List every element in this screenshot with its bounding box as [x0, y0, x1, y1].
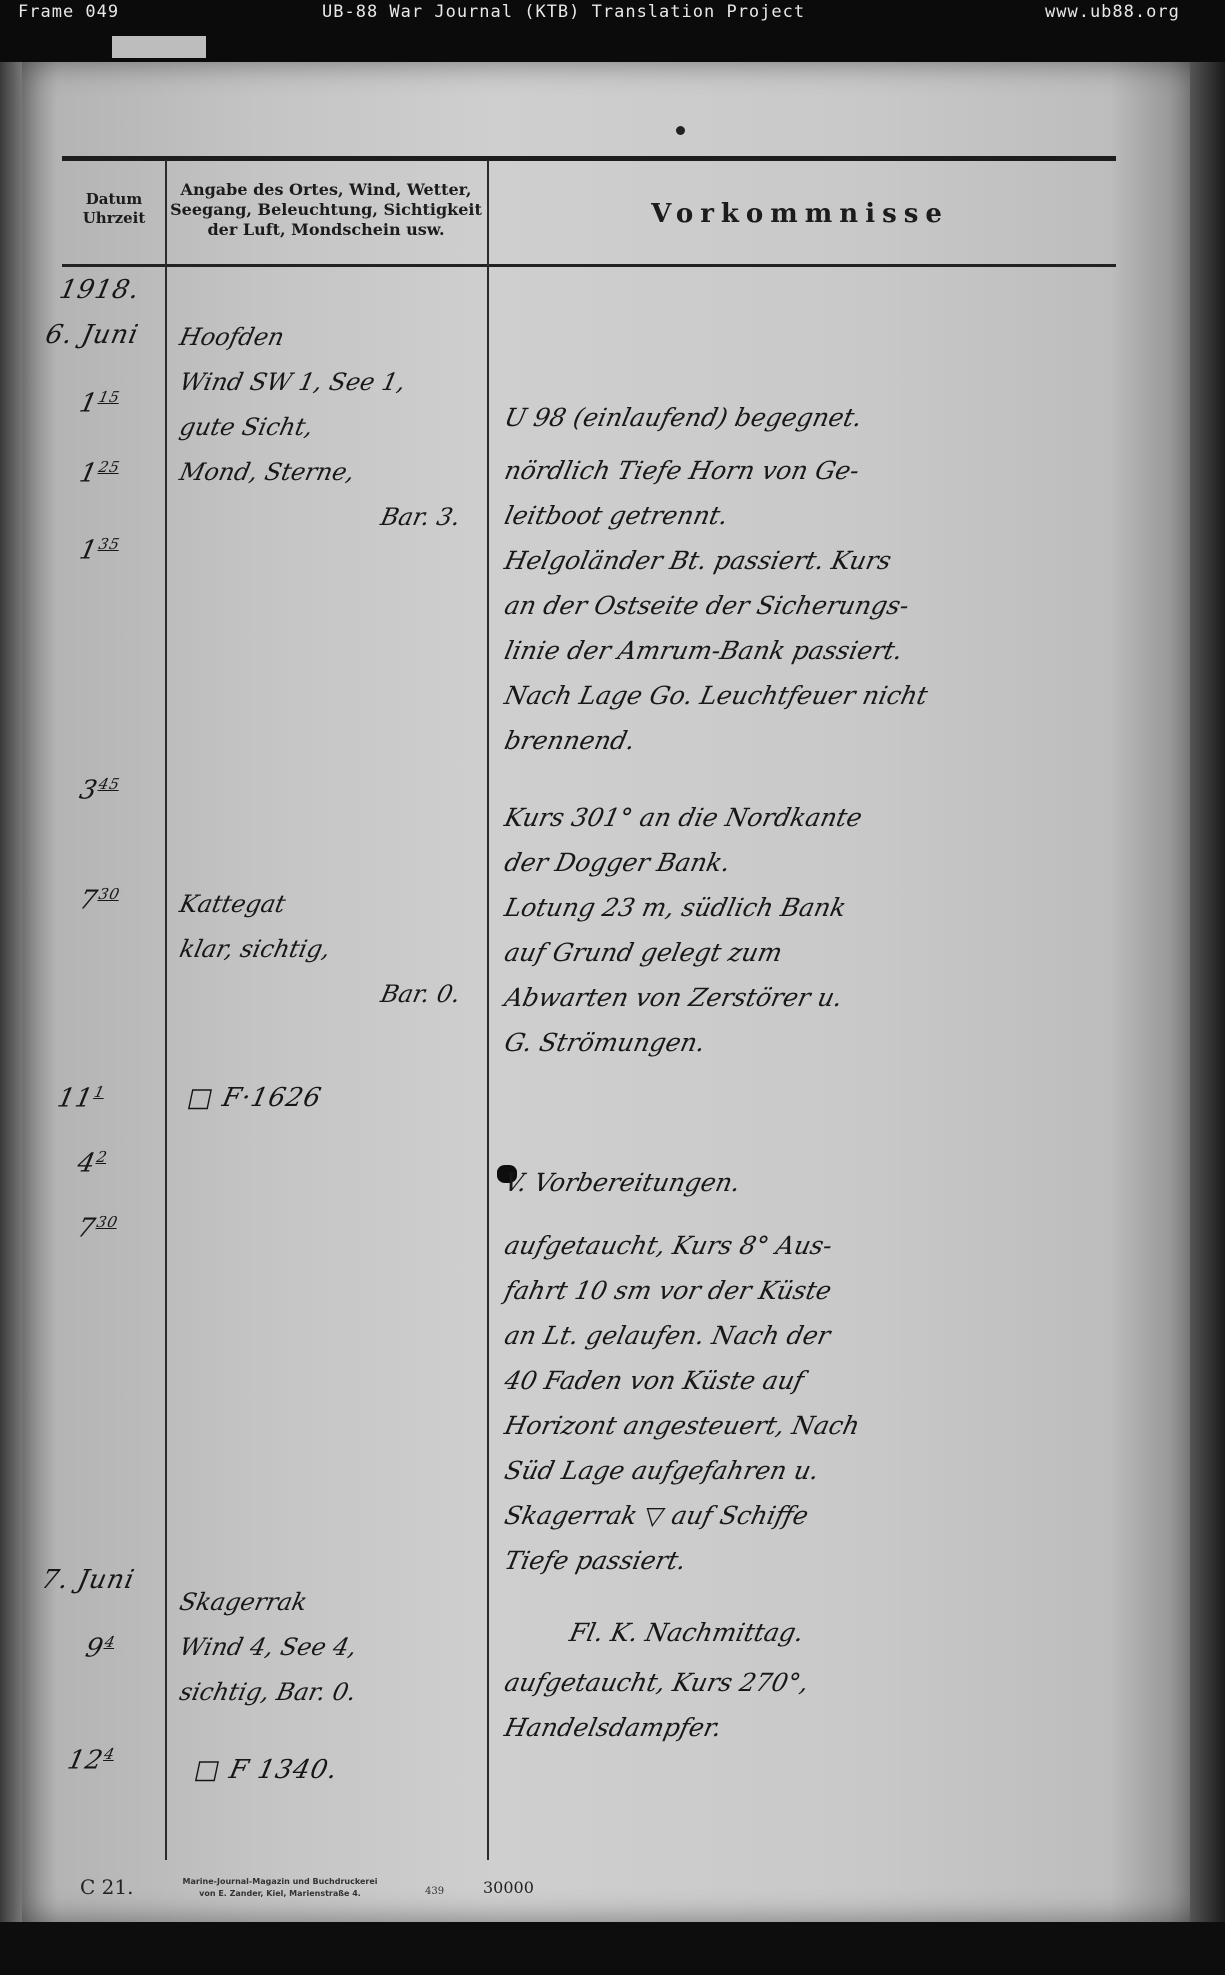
entry-line: 40 Faden von Küste auf: [500, 1358, 1190, 1403]
entry-line: Skagerrak ▽ auf Schiffe: [500, 1493, 1190, 1538]
time-entry: 111: [55, 1083, 107, 1114]
ort-entry: Hoofden Wind SW 1, See 1, gute Sicht, Mo…: [180, 315, 490, 540]
header-ort-line: Seegang, Beleuchtung, Sichtigkeit: [166, 200, 486, 220]
entry-line: Helgoländer Bt. passiert. Kurs: [500, 538, 1190, 583]
ort-line: Wind SW 1, See 1,: [175, 360, 495, 405]
entry-line: Nach Lage Go. Leuchtfeuer nicht: [500, 673, 1190, 718]
entry-line: an der Ostseite der Sicherungs-: [500, 583, 1190, 628]
ort-line: Bar. 3.: [175, 495, 495, 540]
entry-line: Horizont angesteuert, Nach: [500, 1403, 1190, 1448]
printer-line: von E. Zander, Kiel, Marienstraße 4.: [155, 1888, 405, 1900]
header-datum-label: Datum: [64, 190, 164, 209]
vorkommnisse-entry: V. Vorbereitungen. aufgetaucht, Kurs 8° …: [505, 1160, 1185, 1583]
ort-line: Hoofden: [175, 315, 495, 360]
date-entry: 6. Juni: [43, 320, 142, 350]
header-ort-line: der Luft, Mondschein usw.: [166, 220, 486, 240]
header-vorkommnisse: Vorkommnisse: [490, 198, 1110, 231]
entry-line: Süd Lage aufgefahren u.: [500, 1448, 1190, 1493]
entry-line: leitboot getrennt.: [500, 493, 1190, 538]
header-datum: Datum Uhrzeit: [64, 190, 164, 228]
date-entry: 7. Juni: [39, 1565, 138, 1595]
time-entry: 135: [77, 535, 122, 566]
header-bottom-rule: [62, 264, 1116, 267]
print-code: 439: [425, 1886, 444, 1897]
column-divider-datum: [165, 160, 167, 1860]
entry-line: U 98 (einlaufend) begegnet.: [500, 395, 1190, 440]
header-uhrzeit-label: Uhrzeit: [64, 209, 164, 228]
entry-line: linie der Amrum-Bank passiert.: [500, 628, 1190, 673]
entry-line: an Lt. gelaufen. Nach der: [500, 1313, 1190, 1358]
time-entry: 125: [77, 458, 122, 489]
entry-line: G. Strömungen.: [500, 1020, 1190, 1065]
film-bottom-margin: [0, 1922, 1225, 1975]
vorkommnisse-entry: aufgetaucht, Kurs 270°, Handelsdampfer.: [505, 1660, 1185, 1750]
form-number: C 21.: [80, 1875, 133, 1899]
header-ort-line: Angabe des Ortes, Wind, Wetter,: [166, 180, 486, 200]
entry-line: Kurs 301° an die Nordkante: [500, 795, 1190, 840]
entry-line: nördlich Tiefe Horn von Ge-: [500, 448, 1190, 493]
entry-line: auf Grund gelegt zum: [500, 930, 1190, 975]
project-title: UB-88 War Journal (KTB) Translation Proj…: [322, 2, 805, 22]
paper-tab-strip: [112, 36, 206, 58]
grid-square-position: □ F·1626: [185, 1083, 325, 1113]
entry-line: aufgetaucht, Kurs 270°,: [500, 1660, 1190, 1705]
time-entry: 730: [75, 1213, 120, 1244]
entry-line: der Dogger Bank.: [500, 840, 1190, 885]
punch-dot: [676, 126, 685, 135]
entry-line: Lotung 23 m, südlich Bank: [500, 885, 1190, 930]
ort-line: Kattegat: [175, 882, 495, 927]
entry-line: brennend.: [500, 718, 1190, 763]
ort-entry: Skagerrak Wind 4, See 4, sichtig, Bar. 0…: [180, 1580, 490, 1715]
ort-line: Bar. 0.: [175, 972, 495, 1017]
ort-entry: Kattegat klar, sichtig, Bar. 0.: [180, 882, 490, 1017]
ort-line: Mond, Sterne,: [175, 450, 495, 495]
ort-line: klar, sichtig,: [175, 927, 495, 972]
frame-number: Frame 049: [18, 2, 119, 22]
entry-line: Handelsdampfer.: [500, 1705, 1190, 1750]
website-link[interactable]: www.ub88.org: [1045, 2, 1180, 22]
ort-line: sichtig, Bar. 0.: [175, 1670, 495, 1715]
time-entry: 115: [77, 388, 122, 419]
header-top-rule: [62, 156, 1116, 161]
vorkommnisse-entry: Kurs 301° an die Nordkante der Dogger Ba…: [505, 795, 1185, 1065]
entry-line: Tiefe passiert.: [500, 1538, 1190, 1583]
year-entry: 1918.: [57, 275, 143, 305]
time-entry: 730: [77, 885, 122, 916]
header-ort: Angabe des Ortes, Wind, Wetter, Seegang,…: [166, 180, 486, 240]
time-entry: 124: [65, 1745, 117, 1776]
ort-line: gute Sicht,: [175, 405, 495, 450]
ort-line: Skagerrak: [175, 1580, 495, 1625]
entry-line: Fl. K. Nachmittag.: [565, 1610, 1225, 1655]
vorkommnisse-entry: Fl. K. Nachmittag.: [570, 1610, 1225, 1655]
entry-line: fahrt 10 sm vor der Küste: [500, 1268, 1190, 1313]
frame-banner: Frame 049 UB-88 War Journal (KTB) Transl…: [0, 0, 1225, 26]
entry-line: Abwarten von Zerstörer u.: [500, 975, 1190, 1020]
ort-line: Wind 4, See 4,: [175, 1625, 495, 1670]
entry-line: V. Vorbereitungen.: [500, 1160, 1190, 1205]
printer-imprint: Marine-Journal-Magazin und Buchdruckerei…: [155, 1876, 405, 1900]
printer-line: Marine-Journal-Magazin und Buchdruckerei: [155, 1876, 405, 1888]
left-page-edge: [0, 62, 22, 1922]
print-run: 30000: [483, 1878, 534, 1897]
time-entry: 345: [77, 775, 122, 806]
grid-square-position: □ F 1340.: [192, 1755, 341, 1785]
vorkommnisse-entry: U 98 (einlaufend) begegnet. nördlich Tie…: [505, 395, 1185, 763]
entry-line: aufgetaucht, Kurs 8° Aus-: [500, 1223, 1190, 1268]
